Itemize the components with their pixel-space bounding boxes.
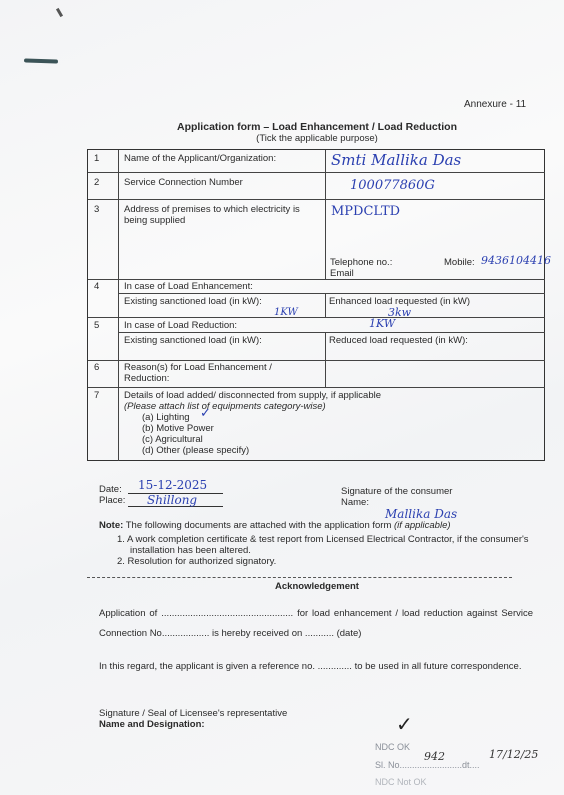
option-other[interactable]: (d) Other (please specify) bbox=[142, 445, 249, 456]
divider bbox=[88, 279, 545, 280]
sl-no-value[interactable]: 942 bbox=[424, 750, 445, 763]
existing-load-label: Existing sanctioned load (in kW): bbox=[124, 335, 262, 346]
option-lighting[interactable]: (a) Lighting bbox=[142, 412, 190, 423]
mobile-value[interactable]: 9436104416 bbox=[481, 254, 551, 267]
divider bbox=[88, 317, 545, 318]
row-number: 4 bbox=[94, 281, 99, 292]
email-label: Email bbox=[330, 268, 354, 279]
existing-load-label: Existing sanctioned load (in kW): bbox=[124, 296, 262, 307]
row-number: 3 bbox=[94, 204, 99, 215]
divider bbox=[325, 150, 326, 279]
row-number: 6 bbox=[94, 362, 99, 373]
address-label: Address of premises to which electricity… bbox=[124, 204, 319, 226]
form-subtitle: (Tick the applicable purpose) bbox=[0, 133, 564, 144]
dt-value[interactable]: 17/12/25 bbox=[489, 748, 538, 761]
load-reduction-label: In case of Load Reduction: bbox=[124, 320, 237, 331]
checkmark-icon: ✓ bbox=[396, 712, 413, 736]
mobile-label: Mobile: bbox=[444, 257, 475, 268]
note-italic: (if applicable) bbox=[394, 520, 451, 531]
consumer-name-value[interactable]: Mallika Das bbox=[385, 507, 457, 521]
reduced-load-value[interactable]: 1KW bbox=[369, 318, 395, 329]
ndc-ok-label: NDC OK bbox=[375, 742, 410, 752]
consumer-signature-label: Signature of the consumer bbox=[341, 486, 452, 497]
existing-load-value[interactable]: 1KW bbox=[274, 307, 298, 318]
acknowledgement-para-1: Application of .........................… bbox=[99, 604, 533, 644]
date-value[interactable]: 15-12-2025 bbox=[138, 478, 207, 492]
telephone-label: Telephone no.: bbox=[330, 257, 392, 268]
divider bbox=[118, 332, 545, 333]
option-agricultural[interactable]: (c) Agricultural bbox=[142, 434, 203, 445]
row-number: 5 bbox=[94, 320, 99, 331]
checkmark-icon: ✓ bbox=[200, 408, 211, 419]
documents-note: Note: The following documents are attach… bbox=[99, 520, 549, 531]
load-details-note: (Please attach list of equipments catego… bbox=[124, 401, 326, 412]
note-item-1: 1. A work completion certificate & test … bbox=[117, 534, 550, 556]
reduced-load-label: Reduced load requested (in kW): bbox=[329, 335, 468, 346]
acknowledgement-para-2: In this regard, the applicant is given a… bbox=[99, 657, 533, 677]
consumer-name-label: Name: bbox=[341, 497, 369, 508]
divider bbox=[118, 150, 119, 461]
note-text: The following documents are attached wit… bbox=[123, 520, 394, 531]
row-number: 1 bbox=[94, 153, 99, 164]
divider bbox=[88, 172, 545, 173]
annexure-label: Annexure - 11 bbox=[464, 99, 526, 110]
row-number: 2 bbox=[94, 177, 99, 188]
form-title: Application form – Load Enhancement / Lo… bbox=[0, 121, 564, 133]
divider bbox=[88, 360, 545, 361]
note-bold: Note: bbox=[99, 520, 123, 531]
place-label: Place: bbox=[99, 495, 125, 506]
staple-mark bbox=[24, 58, 58, 63]
load-details-label: Details of load added/ disconnected from… bbox=[124, 390, 381, 401]
row-number: 7 bbox=[94, 390, 99, 401]
divider bbox=[88, 387, 545, 388]
place-value[interactable]: Shillong bbox=[147, 493, 197, 507]
applicant-name-label: Name of the Applicant/Organization: bbox=[124, 153, 276, 164]
address-value[interactable]: MPDCLTD bbox=[331, 204, 400, 219]
divider bbox=[88, 199, 545, 200]
acknowledgement-title: Acknowledgement bbox=[0, 581, 564, 592]
service-connection-value[interactable]: 100077860G bbox=[350, 178, 435, 193]
scan-mark bbox=[56, 8, 63, 17]
cut-line bbox=[87, 577, 512, 578]
date-label: Date: bbox=[99, 484, 122, 495]
load-enhancement-label: In case of Load Enhancement: bbox=[124, 281, 253, 292]
name-designation-label: Name and Designation: bbox=[99, 719, 205, 730]
service-connection-label: Service Connection Number bbox=[124, 177, 243, 188]
applicant-name-value[interactable]: Smti Mallika Das bbox=[331, 152, 461, 169]
option-motive-power[interactable]: (b) Motive Power bbox=[142, 423, 214, 434]
ndc-not-ok-label: NDC Not OK bbox=[375, 777, 427, 787]
divider bbox=[118, 293, 545, 294]
application-table: 1 Name of the Applicant/Organization: Sm… bbox=[87, 149, 545, 461]
licensee-signature-label: Signature / Seal of Licensee's represent… bbox=[99, 708, 287, 719]
note-item-2: 2. Resolution for authorized signatory. bbox=[117, 556, 537, 567]
reason-label: Reason(s) for Load Enhancement / Reducti… bbox=[124, 362, 304, 384]
divider bbox=[325, 293, 326, 317]
